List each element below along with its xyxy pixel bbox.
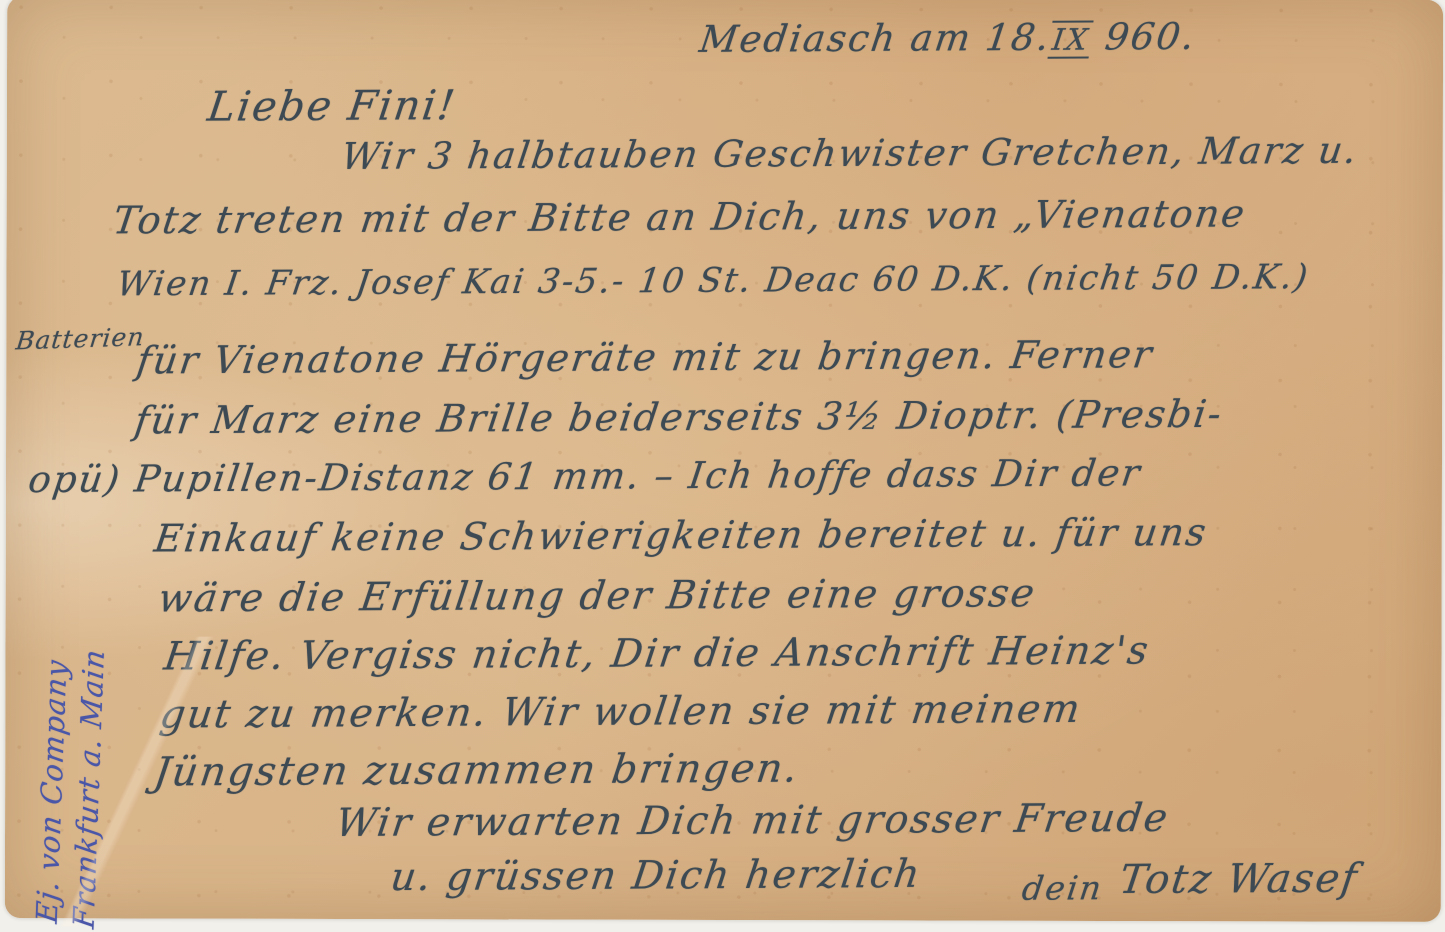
handwritten-line-10: gut zu merken. Wir wollen sie mit meinem: [157, 687, 1084, 738]
handwritten-line-12: Wir erwarten Dich mit grosser Freude: [333, 796, 1172, 846]
date-line: Mediasch am 18.IX 960.: [697, 15, 1199, 61]
date-year: 960.: [1089, 15, 1199, 59]
handwritten-line-11: Jüngsten zusammen bringen.: [151, 746, 802, 796]
signature-valediction: dein: [1020, 868, 1106, 907]
handwritten-line-9: Hilfe. Vergiss nicht, Dir die Anschrift …: [161, 629, 1152, 680]
handwritten-line-4: für Vienatone Hörgeräte mit zu bringen. …: [134, 332, 1156, 382]
signature-name: Totz Wasef: [1117, 856, 1361, 903]
handwritten-line-2: Totz treten mit der Bitte an Dich, uns v…: [111, 192, 1249, 243]
date-place-day: Mediasch am 18.: [697, 16, 1054, 61]
handwritten-line-8: wäre die Erfüllung der Bitte eine grosse: [156, 571, 1039, 621]
handwritten-line-6: opü) Pupillen-Distanz 61 mm. – Ich hoffe…: [26, 451, 1144, 501]
vertical-sender-note: Ej. von Company Frankfurt a. Main: [29, 520, 118, 930]
handwritten-line-7: Einkauf keine Schwierigkeiten bereitet u…: [152, 510, 1211, 560]
date-month-roman-numeral: IX: [1048, 21, 1094, 59]
handwritten-line-13: u. grüssen Dich herzlich: [388, 852, 924, 900]
postcard-paper: Mediasch am 18.IX 960. Liebe Fini! Wir 3…: [5, 0, 1443, 922]
handwritten-line-3: Wien I. Frz. Josef Kai 3-5.- 10 St. Deac…: [114, 257, 1311, 304]
handwritten-line-1: Wir 3 halbtauben Geschwister Gretchen, M…: [339, 129, 1361, 178]
handwritten-line-5: für Marz eine Brille beiderseits 3½ Diop…: [132, 392, 1226, 443]
scanned-postcard: Mediasch am 18.IX 960. Liebe Fini! Wir 3…: [0, 0, 1445, 932]
margin-note-batterien: Batterien: [14, 322, 146, 355]
salutation-line: Liebe Fini!: [205, 81, 459, 130]
